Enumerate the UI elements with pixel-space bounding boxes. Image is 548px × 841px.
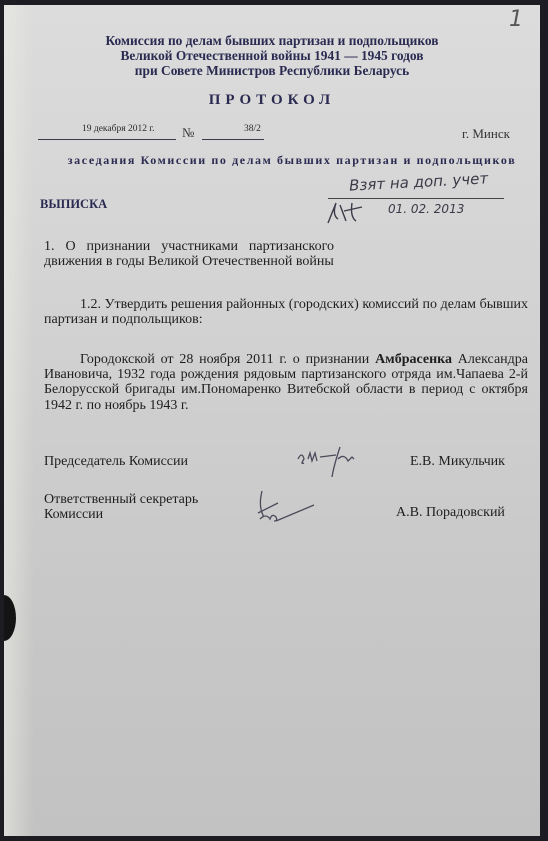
document-title: ПРОТОКОЛ: [4, 92, 540, 109]
secretary-role-line-2: Комиссии: [44, 507, 198, 522]
secretary-role-line-1: Ответственный секретарь: [44, 492, 198, 507]
secretary-role: Ответственный секретарь Комиссии: [44, 492, 198, 522]
protocol-date: 19 декабря 2012 г.: [82, 124, 155, 134]
letterhead-line-2: Великой Отечественной войны 1941 — 1945 …: [4, 48, 540, 63]
punch-hole: [4, 595, 16, 641]
decision-paragraph: Городокской от 28 ноября 2011 г. о призн…: [44, 352, 528, 413]
document-page: 1 Комиссия по делам бывших партизан и по…: [4, 5, 540, 836]
session-line: заседания Комиссии по делам бывших парти…: [4, 153, 540, 168]
letterhead-line-1: Комиссия по делам бывших партизан и подп…: [4, 33, 540, 48]
handwritten-note-line-1: Взят на доп. учет: [349, 169, 489, 194]
letterhead: Комиссия по делам бывших партизан и подп…: [4, 33, 540, 78]
date-underline: [38, 139, 176, 140]
decision-prefix: Городокской от 28 ноября 2011 г. о призн…: [80, 352, 375, 367]
chairman-signature: [294, 445, 374, 481]
protocol-number: 38/2: [244, 124, 261, 134]
handwritten-note-date: 01. 02. 2013: [388, 202, 464, 216]
secretary-name: А.В. Порадовский: [396, 505, 505, 520]
city: г. Минск: [462, 126, 510, 142]
chairman-role: Председатель Комиссии: [44, 454, 188, 469]
item-1-heading: 1. О признании участниками партизанского…: [44, 239, 334, 269]
decision-name-bold: Амбрасенка: [375, 352, 452, 367]
number-underline: [202, 139, 264, 140]
chairman-name: Е.В. Микульчик: [410, 454, 505, 469]
handwritten-initials: [322, 199, 382, 227]
letterhead-line-3: при Совете Министров Республики Беларусь: [4, 63, 540, 78]
handwritten-page-number: 1: [509, 7, 523, 32]
extract-label: ВЫПИСКА: [40, 197, 107, 212]
number-label: №: [182, 125, 194, 141]
secretary-signature: [254, 487, 334, 527]
item-1-2-text: 1.2. Утвердить решения районных (городск…: [44, 297, 528, 327]
